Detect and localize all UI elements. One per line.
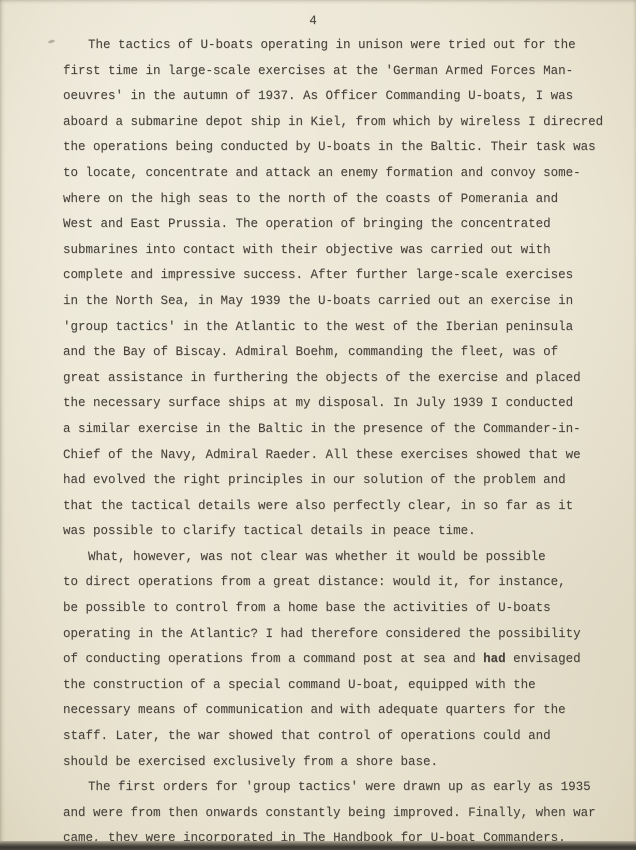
page-number: 4 bbox=[63, 0, 563, 33]
text-line: great assistance in furthering the objec… bbox=[63, 366, 611, 392]
text-line: complete and impressive success. After f… bbox=[63, 263, 611, 289]
text-line: What, however, was not clear was whether… bbox=[63, 545, 611, 571]
text-line: oeuvres' in the autumn of 1937. As Offic… bbox=[63, 84, 611, 110]
text-line: a similar exercise in the Baltic in the … bbox=[63, 417, 611, 443]
text-line: the construction of a special command U-… bbox=[63, 673, 611, 699]
paragraph: What, however, was not clear was whether… bbox=[63, 545, 611, 775]
line-segment: envisaged bbox=[506, 652, 581, 666]
paragraph: The tactics of U-boats operating in unis… bbox=[63, 33, 611, 545]
emphasized-text: had bbox=[483, 652, 506, 666]
text-line: that the tactical details were also perf… bbox=[63, 494, 611, 520]
line-segment: of conducting operations from a command … bbox=[63, 652, 483, 666]
text-line: was possible to clarify tactical details… bbox=[63, 519, 611, 545]
text-line: 'group tactics' in the Atlantic to the w… bbox=[63, 315, 611, 341]
text-line: submarines into contact with their objec… bbox=[63, 238, 611, 264]
text-line: and the Bay of Biscay. Admiral Boehm, co… bbox=[63, 340, 611, 366]
text-line: of conducting operations from a command … bbox=[63, 647, 611, 673]
text-line: and were from then onwards constantly be… bbox=[63, 801, 611, 827]
text-line: The first orders for 'group tactics' wer… bbox=[63, 775, 611, 801]
text-line: be possible to control from a home base … bbox=[63, 596, 611, 622]
text-line: staff. Later, the war showed that contro… bbox=[63, 724, 611, 750]
text-body: The tactics of U-boats operating in unis… bbox=[63, 33, 611, 850]
paragraph: The first orders for 'group tactics' wer… bbox=[63, 775, 611, 850]
text-line: necessary means of communication and wit… bbox=[63, 698, 611, 724]
text-line: The tactics of U-boats operating in unis… bbox=[63, 33, 611, 59]
text-line: Chief of the Navy, Admiral Raeder. All t… bbox=[63, 443, 611, 469]
document-page: 4 The tactics of U-boats operating in un… bbox=[0, 0, 636, 850]
paper-mark bbox=[48, 39, 56, 44]
text-line: had evolved the right principles in our … bbox=[63, 468, 611, 494]
text-line: operating in the Atlantic? I had therefo… bbox=[63, 622, 611, 648]
text-line: the operations being conducted by U-boat… bbox=[63, 135, 611, 161]
text-line: should be exercised exclusively from a s… bbox=[63, 750, 611, 776]
text-line: West and East Prussia. The operation of … bbox=[63, 212, 611, 238]
text-line: first time in large-scale exercises at t… bbox=[63, 59, 611, 85]
text-line: to direct operations from a great distan… bbox=[63, 570, 611, 596]
page-bottom-edge bbox=[0, 841, 636, 850]
text-line: where on the high seas to the north of t… bbox=[63, 187, 611, 213]
text-line: to locate, concentrate and attack an ene… bbox=[63, 161, 611, 187]
text-line: aboard a submarine depot ship in Kiel, f… bbox=[63, 110, 611, 136]
text-line: the necessary surface ships at my dispos… bbox=[63, 391, 611, 417]
text-line: in the North Sea, in May 1939 the U-boat… bbox=[63, 289, 611, 315]
